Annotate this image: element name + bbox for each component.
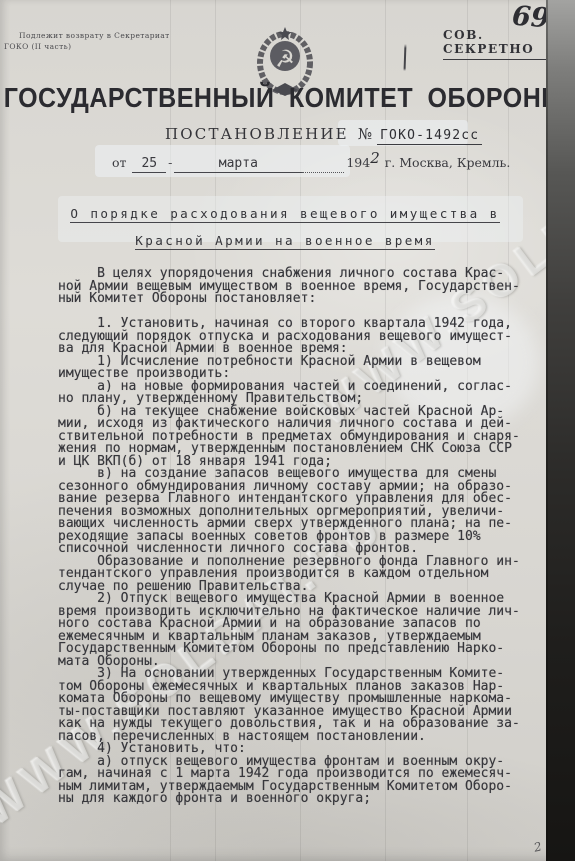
pen-stroke-mark bbox=[404, 44, 407, 71]
date-place: г. Москва, Кремль. bbox=[385, 155, 511, 170]
number-sign: № bbox=[358, 125, 372, 143]
date-prefix: от bbox=[112, 155, 126, 170]
decree-number: ГОКО-1492сс bbox=[377, 128, 482, 145]
date-day: 25 bbox=[132, 156, 166, 173]
return-note-line1: Подлежит возврату в Секретариат bbox=[4, 30, 219, 41]
decree-subject: О порядке расходования вещевого имуществ… bbox=[0, 200, 570, 254]
svg-text:☭: ☭ bbox=[277, 43, 294, 74]
date-dash: - bbox=[168, 155, 172, 170]
date-month: марта bbox=[174, 156, 302, 173]
date-year-handwritten: 2 bbox=[370, 149, 380, 167]
organization-title: ГОСУДАРСТВЕННЫЙ КОМИТЕТ ОБОРОНЫ bbox=[0, 83, 570, 115]
scanned-decree-page: WWW.SOLDAT.RU WWW.SOLDAT.RU Подлежит воз… bbox=[0, 0, 575, 861]
subject-line2: Красной Армии на военное время bbox=[135, 233, 434, 250]
return-note-line2: ГОКО (II часть) bbox=[4, 41, 219, 52]
subject-line1: О порядке расходования вещевого имуществ… bbox=[70, 206, 499, 223]
decree-line: ПОСТАНОВЛЕНИЕ № ГОКО-1492сс bbox=[165, 125, 482, 145]
return-note: Подлежит возврату в Секретариат ГОКО (II… bbox=[4, 30, 219, 52]
decree-label: ПОСТАНОВЛЕНИЕ bbox=[165, 125, 349, 143]
scan-edge-band bbox=[546, 0, 575, 861]
date-line: от 25 - марта 194 2 г. Москва, Кремль. bbox=[112, 153, 510, 173]
date-year-typed: 194 bbox=[346, 155, 370, 170]
handwritten-bottom-mark: 2 bbox=[533, 839, 543, 854]
decree-body-text: В целях упорядочения снабжения личного с… bbox=[58, 268, 538, 806]
date-dotted-line bbox=[302, 171, 344, 173]
